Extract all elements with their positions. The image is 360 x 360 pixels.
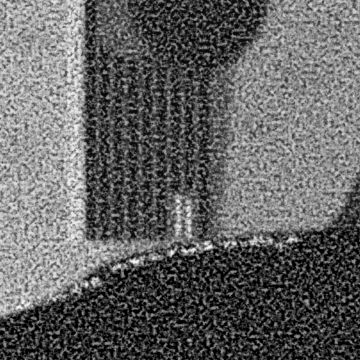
photo-frame: [0, 0, 360, 360]
photo-canvas: [0, 0, 360, 360]
film-grain-light: [0, 0, 360, 360]
